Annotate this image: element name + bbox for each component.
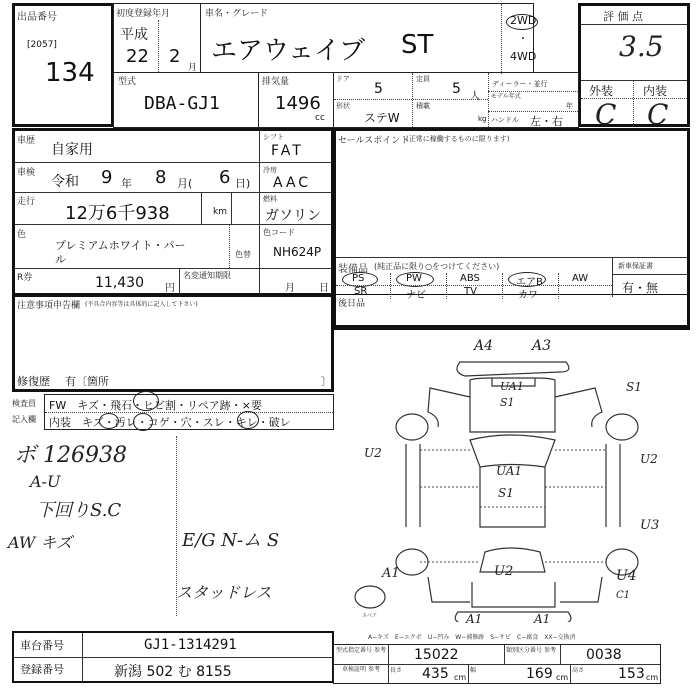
chassis: GJ1-1314291 [144,637,237,653]
mark-roof: UA1 [496,464,522,478]
inspection-day: 6 [219,167,230,188]
type-designation-label: 型式指定番号 参考 [336,647,386,655]
name-change-day: 日 [319,279,329,294]
handle-label: ハンドル [491,115,519,125]
color-code: NH624P [273,245,321,259]
warranty-label: 新車保証書 [618,261,653,271]
mark-rear-bumper-left: A1 [466,612,482,626]
displacement-label: 排気量 [262,74,289,87]
width-label: 幅 [470,665,476,674]
color-change-label: 色替 [235,249,251,260]
equip-abs: ABS [460,273,480,284]
car-name-label: 車名・グレード [205,6,268,19]
load-label: 積載 [416,101,430,111]
inspector-label-2: 記入欄 [12,414,36,425]
width: 169 [526,666,553,682]
model-box: 型式 DBA-GJ1 [113,72,259,128]
hand-note-3: 下回りS.C [36,496,121,522]
hand-note-2: A-U [30,472,60,491]
mark-rear-bumper-right: A1 [534,612,550,626]
inspection-year-unit: 年 [121,175,132,191]
recycle-label: R券 [17,270,32,283]
mileage-unit: km [213,207,227,217]
score-label: 評 価 点 [603,8,643,24]
color-label: 色 [17,227,26,240]
length-unit: cm [454,673,466,682]
color-code-label: 色コード [263,227,295,238]
recycle-fee: 11,430 [95,275,144,291]
doors-label: ドア [336,74,350,84]
dealer-label: ディーラー・並行 [492,79,547,89]
sales-point-label: セールスポイント [338,133,409,146]
mileage-label: 走行 [17,194,35,207]
ac: AAC [273,175,311,191]
history-box: 車歴 自家用 シフト FAT 車検 令和 9 年 8 月( 6 日) 冷房 AA… [12,128,334,296]
mark-hood: UA1 [500,380,524,393]
color-line2: ル [55,251,66,267]
reference-box: 型式指定番号 参考 15022 類別区分番号 参考 0038 車検証明 参考 長… [333,644,661,684]
name-change-label: 名変通知期限 [183,270,231,281]
hand-note-5: E/G N-ム S [182,526,279,552]
mark-trunk: U2 [494,564,513,579]
circle-mark [133,413,153,431]
caution-sub: (不具合内容等は具体的に記入して下さい) [85,299,198,308]
mark-top-left: A4 [474,338,493,354]
inspection-label: 車検 [17,165,35,178]
height-label: 高さ [572,665,584,674]
height: 153 [618,666,645,682]
capacity-label: 定員 [416,74,430,84]
score-box: 評 価 点 3.5 外装 内装 C C [578,3,690,127]
reg-month: 2 [169,46,180,67]
damage-legend: A−キズ E−エクボ U−凹み W−補修跡 S−サビ C−腐食 XX−交換済 [368,632,576,641]
mark-left-door: U2 [364,446,382,460]
mark-front-right: S1 [626,380,642,394]
length-label: 長さ [390,665,402,674]
shape-label: 形状 [336,101,350,111]
ac-label: 冷房 [263,165,277,175]
inspection-day-unit: 日) [235,175,250,191]
shape: ステW [364,109,400,126]
mark-left-rear: A1 [382,566,400,581]
caution-label: 注意事項申告欄 [17,298,80,311]
exterior-label: 外装 [589,82,613,99]
chassis-label: 車台番号 [20,637,64,653]
inspection-year: 9 [101,167,112,188]
car-name-box: 車名・グレード エアウェイブ ST 2WD ・ 4WD [200,3,534,73]
mark-roof-2: S1 [498,486,514,500]
inspector-box: FW キズ・飛石・ヒビ割・リペア跡・×要 内装 キズ・汚レ・コゲ・穴・スレ・キレ… [44,394,334,430]
color-line1: プレミアムホワイト・パー [55,237,185,253]
caution-box: 注意事項申告欄 (不具合内容等は具体的に記入して下さい) 修復歴 有〔箇所 〕 [12,294,334,392]
lot-sub: [2057] [27,40,57,50]
hand-note-6: スタッドレス [176,580,272,603]
usage-label: 車歴 [17,133,35,146]
inspection-month-unit: 月( [177,175,192,191]
shift: FAT [271,143,304,159]
handle-value: 左・右 [530,113,563,129]
mark-right-rear-2: C1 [616,590,630,601]
model-year-label: モデル年式 [491,93,521,100]
class-label: 類別区分番号 参考 [506,647,556,655]
drive-4wd: 4WD [510,50,536,63]
cert-label: 車検証明 参考 [336,666,386,674]
lot-label: 出品番号 [17,8,57,23]
equipment-sub: (純正品に限り○をつけてください) [374,261,499,272]
doors: 5 [374,81,383,97]
displacement-unit: cc [315,113,325,123]
lot-number: 134 [45,58,95,88]
capacity: 5 [452,81,461,97]
fuel-label: 燃料 [263,194,277,204]
hand-note-1: ボ 126938 [14,438,127,469]
first-registration-box: 初度登録年月 平成 22 2 月 [113,3,201,73]
spare-label: スペア [362,612,377,619]
accessories-label: 後日品 [338,296,365,309]
era: 平成 [120,24,148,44]
circle-mark [133,391,159,411]
sales-point-sub: (正常に稼働するものに限ります) [406,134,509,144]
drive-dot: ・ [518,30,528,45]
repair-label: 修復歴 [17,373,50,389]
grade: ST [401,30,433,60]
repair-close: 〕 [321,373,332,389]
name-change-month: 月 [285,279,295,294]
mark-right-rear: U4 [616,568,637,584]
mark-right-door: U2 [640,452,658,466]
displacement-box: 排気量 1496 cc [258,72,334,128]
circle-mark [99,413,119,429]
interior-label: 内装 [643,82,667,99]
shift-label: シフト [263,132,284,142]
equip-aw: AW [572,273,588,284]
mark-right-rear-door: U3 [640,518,659,533]
mark-hood-2: S1 [500,396,515,409]
mileage: 12万6千938 [65,199,170,225]
load-unit: kg [478,115,487,123]
first-reg-label: 初度登録年月 [116,6,170,19]
exterior-grade: C [595,98,616,131]
circle-mark [237,411,259,429]
model-year-unit: 年 [566,101,573,111]
repair-value: 有〔箇所 [65,373,109,389]
class-number: 0038 [586,647,622,663]
doors-shape-box: ドア 5 定員 5 人 形状 ステW 積載 kg ディーラー・並行 モデル年式 … [333,72,579,128]
plate-label: 登録番号 [20,661,64,677]
plate: 新潟 502 む 8155 [114,661,232,681]
accessories-box: 後日品 [333,294,690,330]
model: DBA-GJ1 [144,93,220,114]
displacement: 1496 [275,93,321,114]
width-unit: cm [556,673,568,682]
fuel: ガソリン [265,205,321,225]
interior-grade: C [647,98,668,131]
inspector-label-1: 検査員 [12,398,36,409]
chassis-box: 車台番号 GJ1-1314291 登録番号 新潟 502 む 8155 [12,631,334,683]
car-name: エアウェイブ [211,30,365,67]
hand-note-4: AW キズ [8,530,72,553]
type-designation: 15022 [414,647,459,663]
recycle-unit: 円 [165,279,175,294]
lot-number-box: 出品番号 [2057] 134 [12,3,114,127]
drive-2wd: 2WD [510,14,536,27]
height-unit: cm [646,673,658,682]
inspection-era: 令和 [51,171,79,191]
model-label: 型式 [118,74,136,87]
mark-top-right: A3 [532,338,551,354]
inspection-month: 8 [155,167,166,188]
score: 3.5 [619,30,664,63]
reg-year: 22 [126,46,149,67]
length: 435 [422,666,449,682]
usage: 自家用 [51,139,93,159]
